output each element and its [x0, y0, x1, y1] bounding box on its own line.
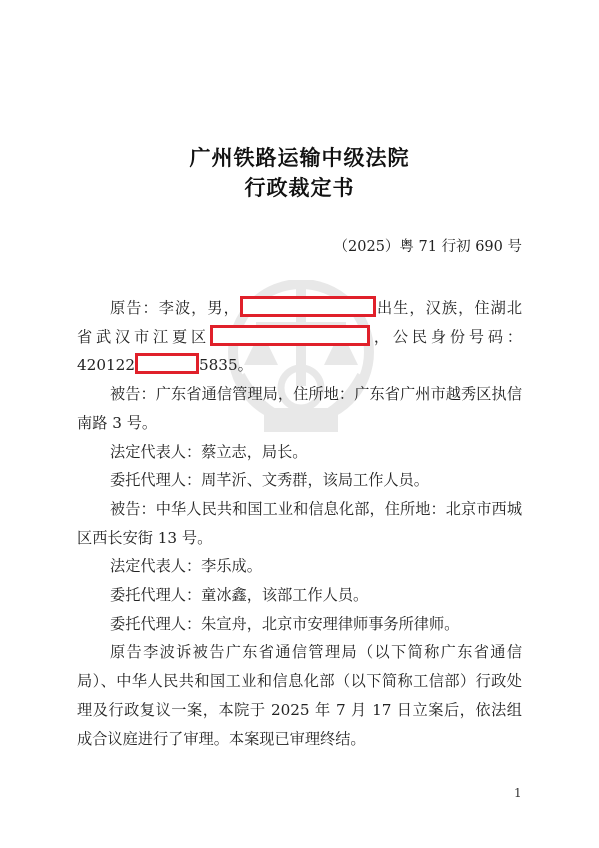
defendant-1-legal-rep: 法定代表人：蔡立志，局长。 — [77, 438, 522, 467]
page-number: 1 — [514, 786, 522, 800]
case-number: （2025）粤 71 行初 690 号 — [334, 235, 522, 256]
redaction-id-number — [135, 353, 199, 374]
defendant-2-agent-1: 委托代理人：童冰鑫，该部工作人员。 — [77, 581, 522, 610]
document-body: 原告：李波，男，出生，汉族，住湖北 省武汉市江夏区，公民身份号码： 420122… — [77, 294, 522, 753]
plaintiff-line-1: 原告：李波，男，出生，汉族，住湖北 — [77, 294, 522, 323]
defendant-2-agent-2: 委托代理人：朱宣舟，北京市安理律师事务所律师。 — [77, 610, 522, 639]
plaintiff-text: 5835。 — [199, 356, 253, 374]
plaintiff-line-3: 4201225835。 — [77, 351, 522, 380]
plaintiff-text: 420122 — [77, 356, 135, 374]
defendant-2-legal-rep: 法定代表人：李乐成。 — [77, 552, 522, 581]
case-summary: 原告李波诉被告广东省通信管理局（以下简称广东省通信局）、中华人民共和国工业和信息… — [77, 638, 522, 753]
document-page: 广州铁路运输中级法院 行政裁定书 （2025）粤 71 行初 690 号 原告：… — [0, 0, 599, 848]
plaintiff-line-2: 省武汉市江夏区，公民身份号码： — [77, 323, 522, 352]
defendant-2: 被告：中华人民共和国工业和信息化部，住所地：北京市西城区西长安街 13 号。 — [77, 495, 522, 552]
plaintiff-text: 出生，汉族，住湖北 — [376, 299, 522, 317]
plaintiff-text: 省武汉市江夏区 — [77, 328, 210, 346]
plaintiff-text: 原告：李波，男， — [110, 299, 240, 317]
court-name: 广州铁路运输中级法院 — [0, 142, 599, 172]
redaction-address — [210, 325, 370, 346]
defendant-1-agent: 委托代理人：周芊沂、文秀群，该局工作人员。 — [77, 466, 522, 495]
defendant-1: 被告：广东省通信管理局，住所地：广东省广州市越秀区执信南路 3 号。 — [77, 380, 522, 437]
document-type: 行政裁定书 — [0, 172, 599, 202]
plaintiff-text: ，公民身份号码： — [370, 328, 522, 346]
redaction-birthdate — [240, 296, 376, 317]
